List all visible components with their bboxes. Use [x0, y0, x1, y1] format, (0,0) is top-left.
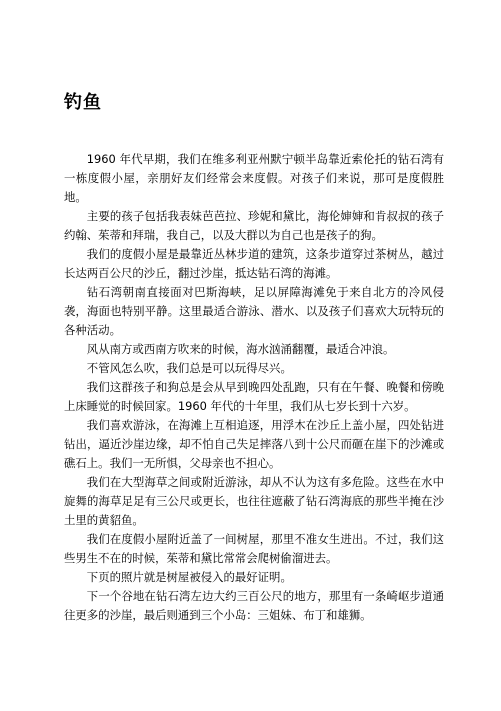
paragraph: 我们在度假小屋附近盖了一间树屋，那里不准女生进出。不过，我们这些男生不在的时候，…: [64, 530, 444, 568]
paragraph: 我们在大型海草之间或附近游泳，却从不认为这有多危险。这些在水中旋舞的海草足足有三…: [64, 473, 444, 530]
paragraph: 我们这群孩子和狗总是会从早到晚四处乱跑，只有在午餐、晚餐和傍晚上床睡觉的时候回家…: [64, 378, 444, 416]
paragraph: 主要的孩子包括我表妹芭芭拉、珍妮和黛比，海伦婶婶和肯叔叔的孩子约翰、茱蒂和拜瑞，…: [64, 207, 444, 245]
page-title: 钓鱼: [64, 88, 102, 114]
paragraph: 下一个谷地在钻石湾左边大约三百公尺的地方，那里有一条崎岖步道通往更多的沙崖，最后…: [64, 587, 444, 625]
paragraph: 1960 年代早期，我们在维多利亚州默宁顿半岛靠近索伦托的钻石湾有一栋度假小屋，…: [64, 150, 444, 207]
paragraph: 不管风怎么吹，我们总是可以玩得尽兴。: [64, 359, 444, 378]
paragraph: 我们喜欢游泳，在海滩上互相追逐，用浮木在沙丘上盖小屋，四处钻进钻出，逼近沙崖边缘…: [64, 416, 444, 473]
paragraph: 下页的照片就是树屋被侵入的最好证明。: [64, 568, 444, 587]
paragraph: 我们的度假小屋是最靠近丛林步道的建筑，这条步道穿过茶树丛，越过长达两百公尺的沙丘…: [64, 245, 444, 283]
paragraph: 风从南方或西南方吹来的时候，海水汹涌翻覆，最适合冲浪。: [64, 340, 444, 359]
paragraph: 钻石湾朝南直接面对巴斯海峡，足以屏障海滩免于来自北方的冷风侵袭，海面也特别平静。…: [64, 283, 444, 340]
document-body: 1960 年代早期，我们在维多利亚州默宁顿半岛靠近索伦托的钻石湾有一栋度假小屋，…: [64, 150, 444, 625]
